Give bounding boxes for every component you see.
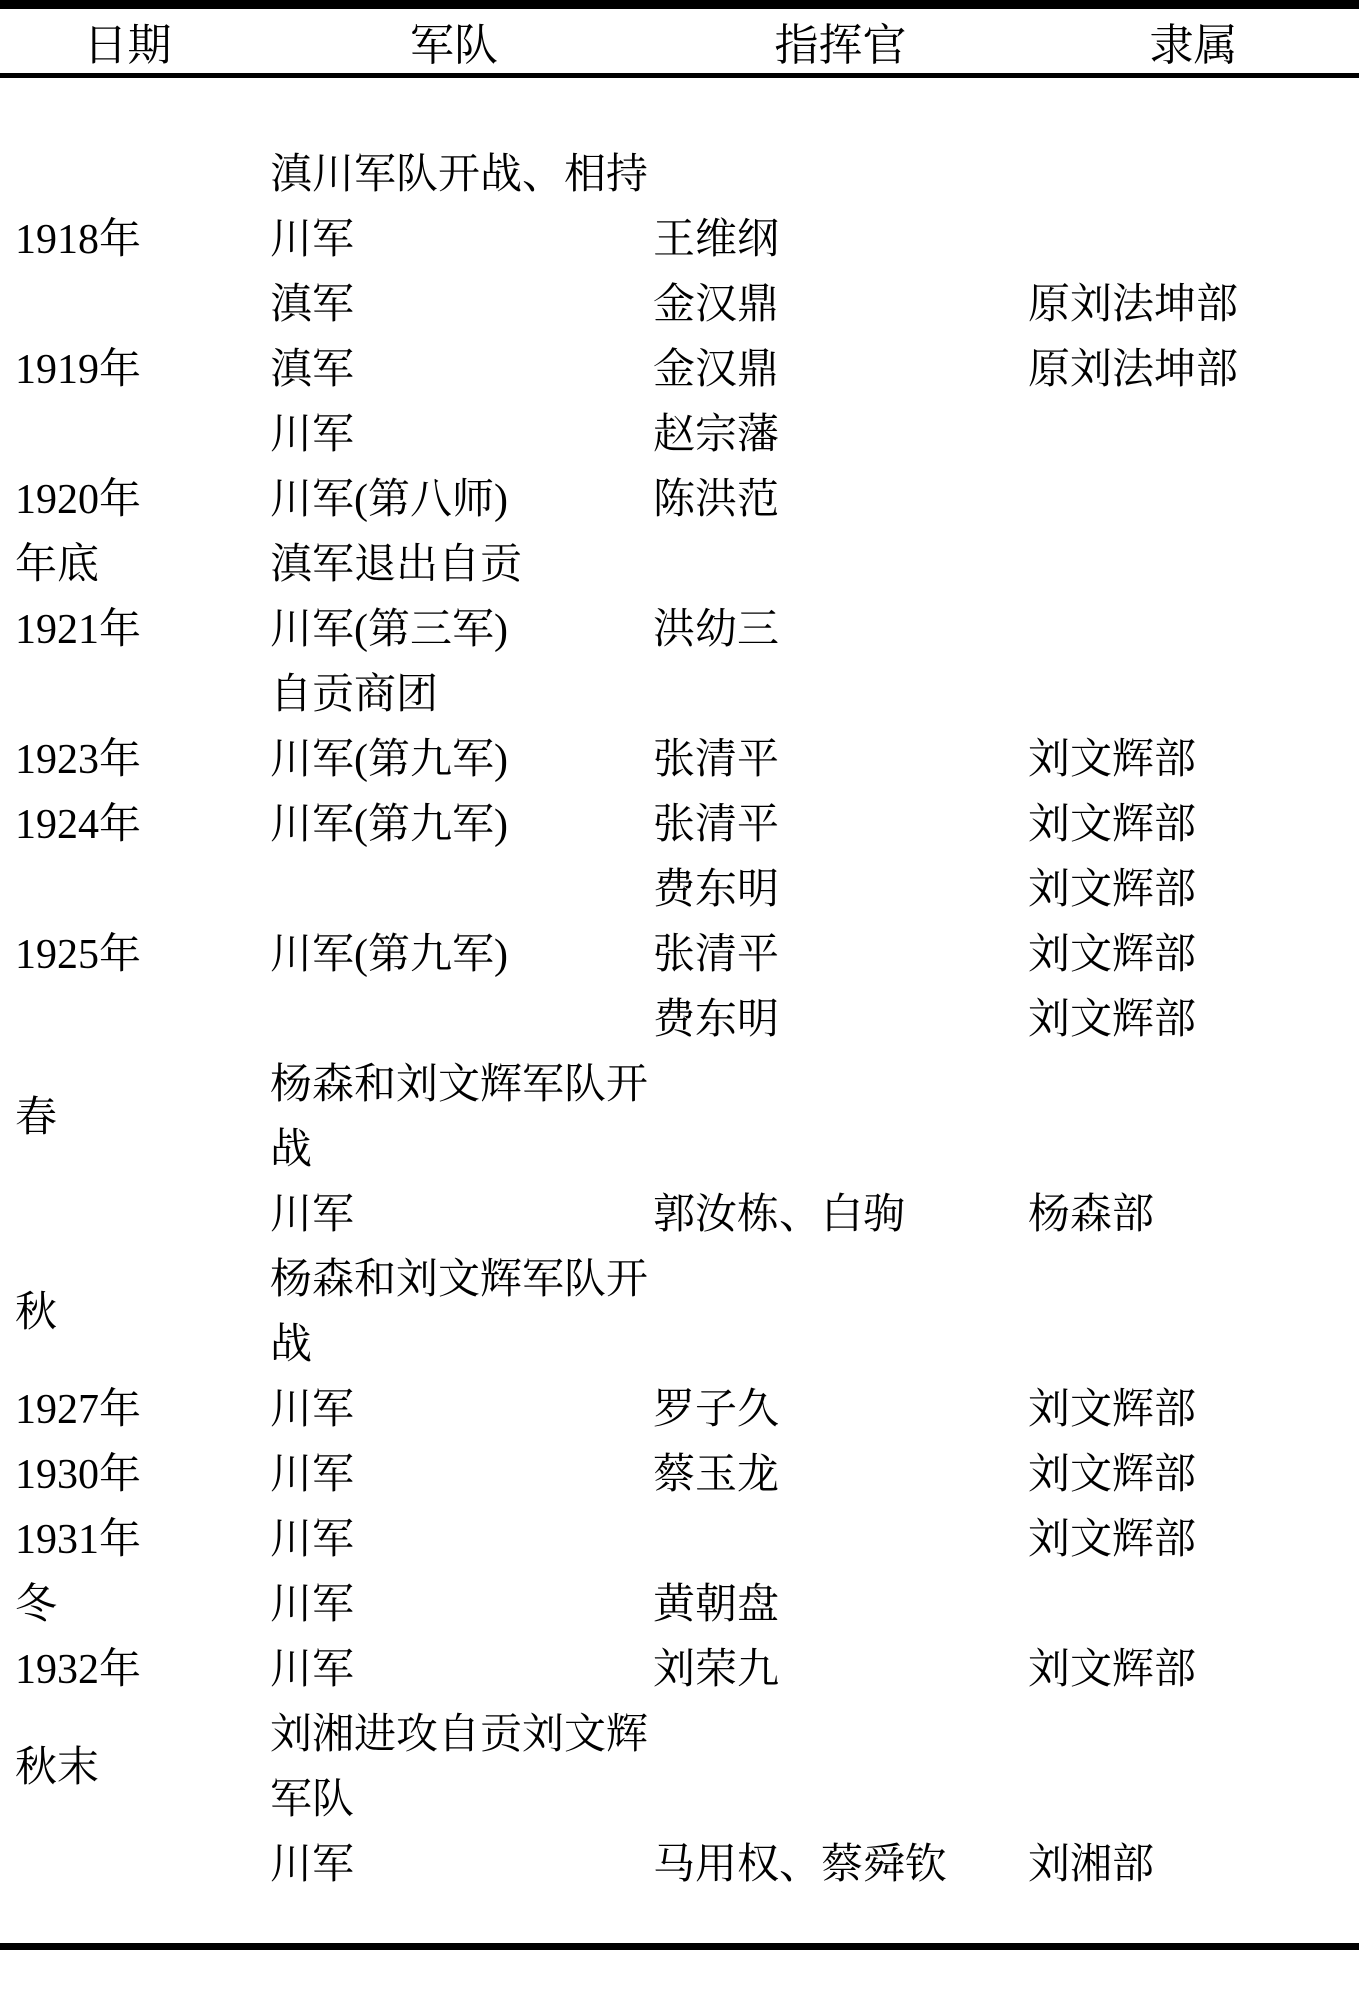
cell-army: 杨森和刘文辉军队开战 <box>255 1053 653 1183</box>
cell-date <box>0 76 255 209</box>
cell-commander: 费东明 <box>653 858 1028 923</box>
cell-affiliation <box>1028 663 1359 728</box>
cell-affiliation: 刘文辉部 <box>1028 988 1359 1053</box>
cell-commander: 金汉鼎 <box>653 338 1028 403</box>
cell-date <box>0 988 255 1053</box>
header-row: 日期 军队 指挥官 隶属 <box>0 5 1359 76</box>
table-row: 1931年 川军 刘文辉部 <box>0 1508 1359 1573</box>
cell-commander: 张清平 <box>653 728 1028 793</box>
cell-army: 刘湘进攻自贡刘文辉军队 <box>255 1703 653 1833</box>
table-row: 1920年 川军(第八师) 陈洪范 <box>0 468 1359 533</box>
cell-commander: 刘荣九 <box>653 1638 1028 1703</box>
cell-date: 秋末 <box>0 1703 255 1833</box>
cell-commander: 张清平 <box>653 793 1028 858</box>
cell-affiliation: 原刘法坤部 <box>1028 338 1359 403</box>
cell-date: 年底 <box>0 533 255 598</box>
cell-army: 川军(第九军) <box>255 793 653 858</box>
cell-affiliation: 刘文辉部 <box>1028 858 1359 923</box>
cell-affiliation: 刘湘部 <box>1028 1833 1359 1947</box>
cell-commander: 马用权、蔡舜钦 <box>653 1833 1028 1947</box>
cell-commander <box>653 663 1028 728</box>
cell-army: 自贡商团 <box>255 663 653 728</box>
table-row: 1930年 川军 蔡玉龙 刘文辉部 <box>0 1443 1359 1508</box>
cell-army: 川军(第八师) <box>255 468 653 533</box>
cell-affiliation <box>1028 76 1359 209</box>
cell-date: 1924年 <box>0 793 255 858</box>
cell-commander: 洪幼三 <box>653 598 1028 663</box>
cell-affiliation <box>1028 1703 1359 1833</box>
table-row: 1925年 川军(第九军) 张清平 刘文辉部 <box>0 923 1359 988</box>
cell-commander <box>653 1053 1028 1183</box>
table-row: 1919年 滇军 金汉鼎 原刘法坤部 <box>0 338 1359 403</box>
cell-date <box>0 273 255 338</box>
cell-commander: 郭汝栋、白驹 <box>653 1183 1028 1248</box>
cell-commander: 费东明 <box>653 988 1028 1053</box>
cell-date: 1925年 <box>0 923 255 988</box>
cell-affiliation <box>1028 208 1359 273</box>
table-row: 川军 郭汝栋、白驹 杨森部 <box>0 1183 1359 1248</box>
cell-commander: 金汉鼎 <box>653 273 1028 338</box>
col-header-date: 日期 <box>0 5 255 76</box>
cell-affiliation <box>1028 1248 1359 1378</box>
cell-date: 春 <box>0 1053 255 1183</box>
war-timeline-table: 日期 军队 指挥官 隶属 滇川军队开战、相持 1918年 川军 王维纲 滇军 金… <box>0 0 1359 1950</box>
cell-commander: 蔡玉龙 <box>653 1443 1028 1508</box>
cell-date: 1920年 <box>0 468 255 533</box>
table-row: 滇川军队开战、相持 <box>0 76 1359 209</box>
table-header: 日期 军队 指挥官 隶属 <box>0 5 1359 76</box>
cell-date: 秋 <box>0 1248 255 1378</box>
cell-army: 川军 <box>255 208 653 273</box>
cell-affiliation <box>1028 1573 1359 1638</box>
table-row: 1924年 川军(第九军) 张清平 刘文辉部 <box>0 793 1359 858</box>
cell-commander <box>653 1703 1028 1833</box>
col-header-affiliation: 隶属 <box>1028 5 1359 76</box>
scanned-table-page: { "page": { "background_color": "#ffffff… <box>0 0 1359 2008</box>
cell-affiliation: 刘文辉部 <box>1028 793 1359 858</box>
cell-affiliation <box>1028 468 1359 533</box>
cell-affiliation: 原刘法坤部 <box>1028 273 1359 338</box>
table-row: 年底 滇军退出自贡 <box>0 533 1359 598</box>
cell-affiliation: 杨森部 <box>1028 1183 1359 1248</box>
table-row: 滇军 金汉鼎 原刘法坤部 <box>0 273 1359 338</box>
cell-commander: 罗子久 <box>653 1378 1028 1443</box>
cell-army: 杨森和刘文辉军队开战 <box>255 1248 653 1378</box>
cell-affiliation <box>1028 1053 1359 1183</box>
cell-army: 川军(第九军) <box>255 923 653 988</box>
cell-army: 川军(第九军) <box>255 728 653 793</box>
table-row: 秋 杨森和刘文辉军队开战 <box>0 1248 1359 1378</box>
cell-army: 川军 <box>255 1443 653 1508</box>
cell-affiliation: 刘文辉部 <box>1028 1378 1359 1443</box>
table-row: 1927年 川军 罗子久 刘文辉部 <box>0 1378 1359 1443</box>
table-row: 1921年 川军(第三军) 洪幼三 <box>0 598 1359 663</box>
cell-army: 川军 <box>255 1573 653 1638</box>
cell-commander <box>653 533 1028 598</box>
cell-army: 滇川军队开战、相持 <box>255 76 653 209</box>
cell-army: 川军 <box>255 1638 653 1703</box>
cell-affiliation: 刘文辉部 <box>1028 1638 1359 1703</box>
table-body: 滇川军队开战、相持 1918年 川军 王维纲 滇军 金汉鼎 原刘法坤部 1919… <box>0 76 1359 1947</box>
table-row: 自贡商团 <box>0 663 1359 728</box>
cell-date <box>0 858 255 923</box>
cell-army <box>255 988 653 1053</box>
table-row: 秋末 刘湘进攻自贡刘文辉军队 <box>0 1703 1359 1833</box>
cell-commander <box>653 76 1028 209</box>
table-row: 1932年 川军 刘荣九 刘文辉部 <box>0 1638 1359 1703</box>
cell-commander: 陈洪范 <box>653 468 1028 533</box>
cell-army: 川军 <box>255 1378 653 1443</box>
table-row: 1923年 川军(第九军) 张清平 刘文辉部 <box>0 728 1359 793</box>
cell-commander: 王维纲 <box>653 208 1028 273</box>
cell-date: 1919年 <box>0 338 255 403</box>
table-row: 冬 川军 黄朝盘 <box>0 1573 1359 1638</box>
cell-commander: 张清平 <box>653 923 1028 988</box>
cell-commander: 赵宗藩 <box>653 403 1028 468</box>
cell-date <box>0 403 255 468</box>
cell-date <box>0 663 255 728</box>
cell-date: 1921年 <box>0 598 255 663</box>
table-row: 春 杨森和刘文辉军队开战 <box>0 1053 1359 1183</box>
cell-date: 1930年 <box>0 1443 255 1508</box>
cell-army: 川军(第三军) <box>255 598 653 663</box>
cell-affiliation <box>1028 533 1359 598</box>
table-row: 川军 赵宗藩 <box>0 403 1359 468</box>
col-header-army: 军队 <box>255 5 653 76</box>
cell-army <box>255 858 653 923</box>
cell-date: 1923年 <box>0 728 255 793</box>
col-header-commander: 指挥官 <box>653 5 1028 76</box>
cell-army: 川军 <box>255 403 653 468</box>
cell-army: 川军 <box>255 1833 653 1947</box>
cell-commander: 黄朝盘 <box>653 1573 1028 1638</box>
cell-affiliation: 刘文辉部 <box>1028 923 1359 988</box>
cell-affiliation <box>1028 403 1359 468</box>
cell-commander <box>653 1248 1028 1378</box>
cell-affiliation: 刘文辉部 <box>1028 728 1359 793</box>
cell-date: 1931年 <box>0 1508 255 1573</box>
cell-date: 1927年 <box>0 1378 255 1443</box>
cell-army: 川军 <box>255 1183 653 1248</box>
cell-date: 冬 <box>0 1573 255 1638</box>
cell-date <box>0 1833 255 1947</box>
cell-army: 滇军退出自贡 <box>255 533 653 598</box>
cell-commander <box>653 1508 1028 1573</box>
cell-date <box>0 1183 255 1248</box>
cell-army: 滇军 <box>255 338 653 403</box>
table-row: 1918年 川军 王维纲 <box>0 208 1359 273</box>
cell-army: 滇军 <box>255 273 653 338</box>
cell-date: 1918年 <box>0 208 255 273</box>
table-row: 川军 马用权、蔡舜钦 刘湘部 <box>0 1833 1359 1947</box>
cell-affiliation <box>1028 598 1359 663</box>
cell-affiliation: 刘文辉部 <box>1028 1508 1359 1573</box>
table-row: 费东明 刘文辉部 <box>0 858 1359 923</box>
cell-affiliation: 刘文辉部 <box>1028 1443 1359 1508</box>
cell-army: 川军 <box>255 1508 653 1573</box>
cell-date: 1932年 <box>0 1638 255 1703</box>
table-row: 费东明 刘文辉部 <box>0 988 1359 1053</box>
